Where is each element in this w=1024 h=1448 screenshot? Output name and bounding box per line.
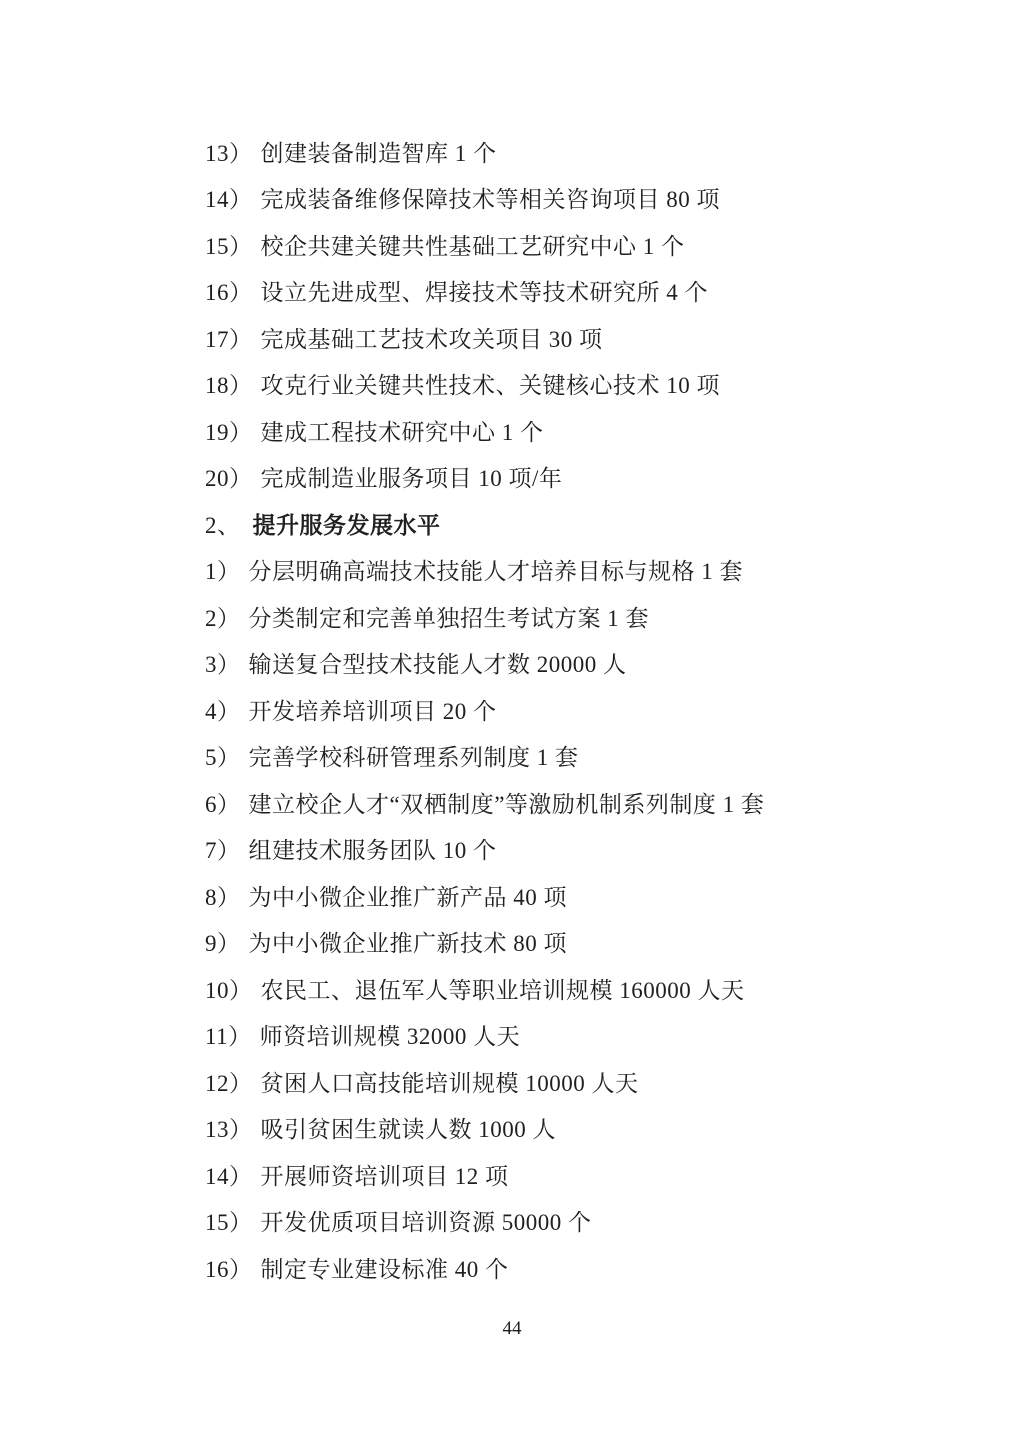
list-item: 15）校企共建关键共性基础工艺研究中心 1 个 (205, 221, 905, 268)
item-number: 16） (205, 1251, 253, 1284)
list-item: 5）完善学校科研管理系列制度 1 套 (205, 733, 905, 780)
item-number: 17） (205, 321, 253, 354)
item-text: 分层明确高端技术技能人才培养目标与规格 1 套 (249, 553, 744, 586)
item-number: 1） (205, 553, 241, 586)
list-item: 20）完成制造业服务项目 10 项/年 (205, 454, 905, 501)
item-number: 5） (205, 739, 241, 772)
item-text: 攻克行业关键共性技术、关键核心技术 10 项 (261, 367, 721, 400)
item-number: 19） (205, 414, 253, 447)
document-body: 13）创建装备制造智库 1 个 14）完成装备维修保障技术等相关咨询项目 80 … (205, 128, 905, 1291)
list-item: 9）为中小微企业推广新技术 80 项 (205, 919, 905, 966)
item-text: 吸引贫困生就读人数 1000 人 (261, 1111, 557, 1144)
item-number: 12） (205, 1065, 253, 1098)
item-text: 为中小微企业推广新产品 40 项 (249, 879, 568, 912)
item-text: 完成装备维修保障技术等相关咨询项目 80 项 (261, 181, 721, 214)
item-number: 7） (205, 832, 241, 865)
item-text: 贫困人口高技能培训规模 10000 人天 (261, 1065, 639, 1098)
item-number: 18） (205, 367, 253, 400)
list-item: 18）攻克行业关键共性技术、关键核心技术 10 项 (205, 361, 905, 408)
list-item: 14）开展师资培训项目 12 项 (205, 1151, 905, 1198)
list-item: 6）建立校企人才“双栖制度”等激励机制系列制度 1 套 (205, 779, 905, 826)
list-item: 1）分层明确高端技术技能人才培养目标与规格 1 套 (205, 547, 905, 594)
page-number: 44 (0, 1318, 1024, 1340)
list-item: 2）分类制定和完善单独招生考试方案 1 套 (205, 593, 905, 640)
item-text: 组建技术服务团队 10 个 (249, 832, 497, 865)
list-item: 4）开发培养培训项目 20 个 (205, 686, 905, 733)
item-number: 16） (205, 274, 253, 307)
item-number: 14） (205, 1158, 253, 1191)
document-page: 13）创建装备制造智库 1 个 14）完成装备维修保障技术等相关咨询项目 80 … (0, 0, 1024, 1448)
list-item: 17）完成基础工艺技术攻关项目 30 项 (205, 314, 905, 361)
item-number: 10） (205, 972, 253, 1005)
list-item: 16）设立先进成型、焊接技术等技术研究所 4 个 (205, 268, 905, 315)
item-text: 校企共建关键共性基础工艺研究中心 1 个 (261, 228, 685, 261)
item-text: 创建装备制造智库 1 个 (261, 135, 497, 168)
item-number: 15） (205, 1204, 253, 1237)
item-text: 输送复合型技术技能人才数 20000 人 (249, 646, 627, 679)
item-text: 完成基础工艺技术攻关项目 30 项 (261, 321, 603, 354)
item-text: 开发优质项目培训资源 50000 个 (261, 1204, 592, 1237)
list-item: 12）贫困人口高技能培训规模 10000 人天 (205, 1058, 905, 1105)
heading-title: 提升服务发展水平 (253, 507, 441, 540)
item-text: 分类制定和完善单独招生考试方案 1 套 (249, 600, 650, 633)
item-text: 建立校企人才“双栖制度”等激励机制系列制度 1 套 (249, 786, 765, 819)
item-number: 6） (205, 786, 241, 819)
item-text: 设立先进成型、焊接技术等技术研究所 4 个 (261, 274, 709, 307)
item-number: 4） (205, 693, 241, 726)
item-text: 完成制造业服务项目 10 项/年 (261, 460, 563, 493)
item-number: 15） (205, 228, 253, 261)
item-number: 20） (205, 460, 253, 493)
item-number: 13） (205, 1111, 253, 1144)
list-item: 16）制定专业建设标准 40 个 (205, 1244, 905, 1291)
item-text: 为中小微企业推广新技术 80 项 (249, 925, 568, 958)
list-item: 15）开发优质项目培训资源 50000 个 (205, 1198, 905, 1245)
item-text: 建成工程技术研究中心 1 个 (261, 414, 544, 447)
list-item: 19）建成工程技术研究中心 1 个 (205, 407, 905, 454)
item-text: 开展师资培训项目 12 项 (261, 1158, 509, 1191)
item-number: 9） (205, 925, 241, 958)
item-text: 开发培养培训项目 20 个 (249, 693, 497, 726)
item-text: 师资培训规模 32000 人天 (260, 1018, 521, 1051)
section-heading: 2、提升服务发展水平 (205, 500, 905, 547)
item-text: 农民工、退伍军人等职业培训规模 160000 人天 (261, 972, 745, 1005)
list-item: 10）农民工、退伍军人等职业培训规模 160000 人天 (205, 965, 905, 1012)
item-text: 制定专业建设标准 40 个 (261, 1251, 509, 1284)
item-number: 3） (205, 646, 241, 679)
item-number: 13） (205, 135, 253, 168)
item-text: 完善学校科研管理系列制度 1 套 (249, 739, 579, 772)
item-number: 8） (205, 879, 241, 912)
item-number: 14） (205, 181, 253, 214)
list-item: 14）完成装备维修保障技术等相关咨询项目 80 项 (205, 175, 905, 222)
list-item: 7）组建技术服务团队 10 个 (205, 826, 905, 873)
item-number: 2） (205, 600, 241, 633)
list-item: 13）创建装备制造智库 1 个 (205, 128, 905, 175)
heading-index: 2、 (205, 507, 241, 540)
item-number: 11） (205, 1018, 252, 1051)
list-item: 3）输送复合型技术技能人才数 20000 人 (205, 640, 905, 687)
list-item: 8）为中小微企业推广新产品 40 项 (205, 872, 905, 919)
list-item: 11）师资培训规模 32000 人天 (205, 1012, 905, 1059)
list-item: 13）吸引贫困生就读人数 1000 人 (205, 1105, 905, 1152)
